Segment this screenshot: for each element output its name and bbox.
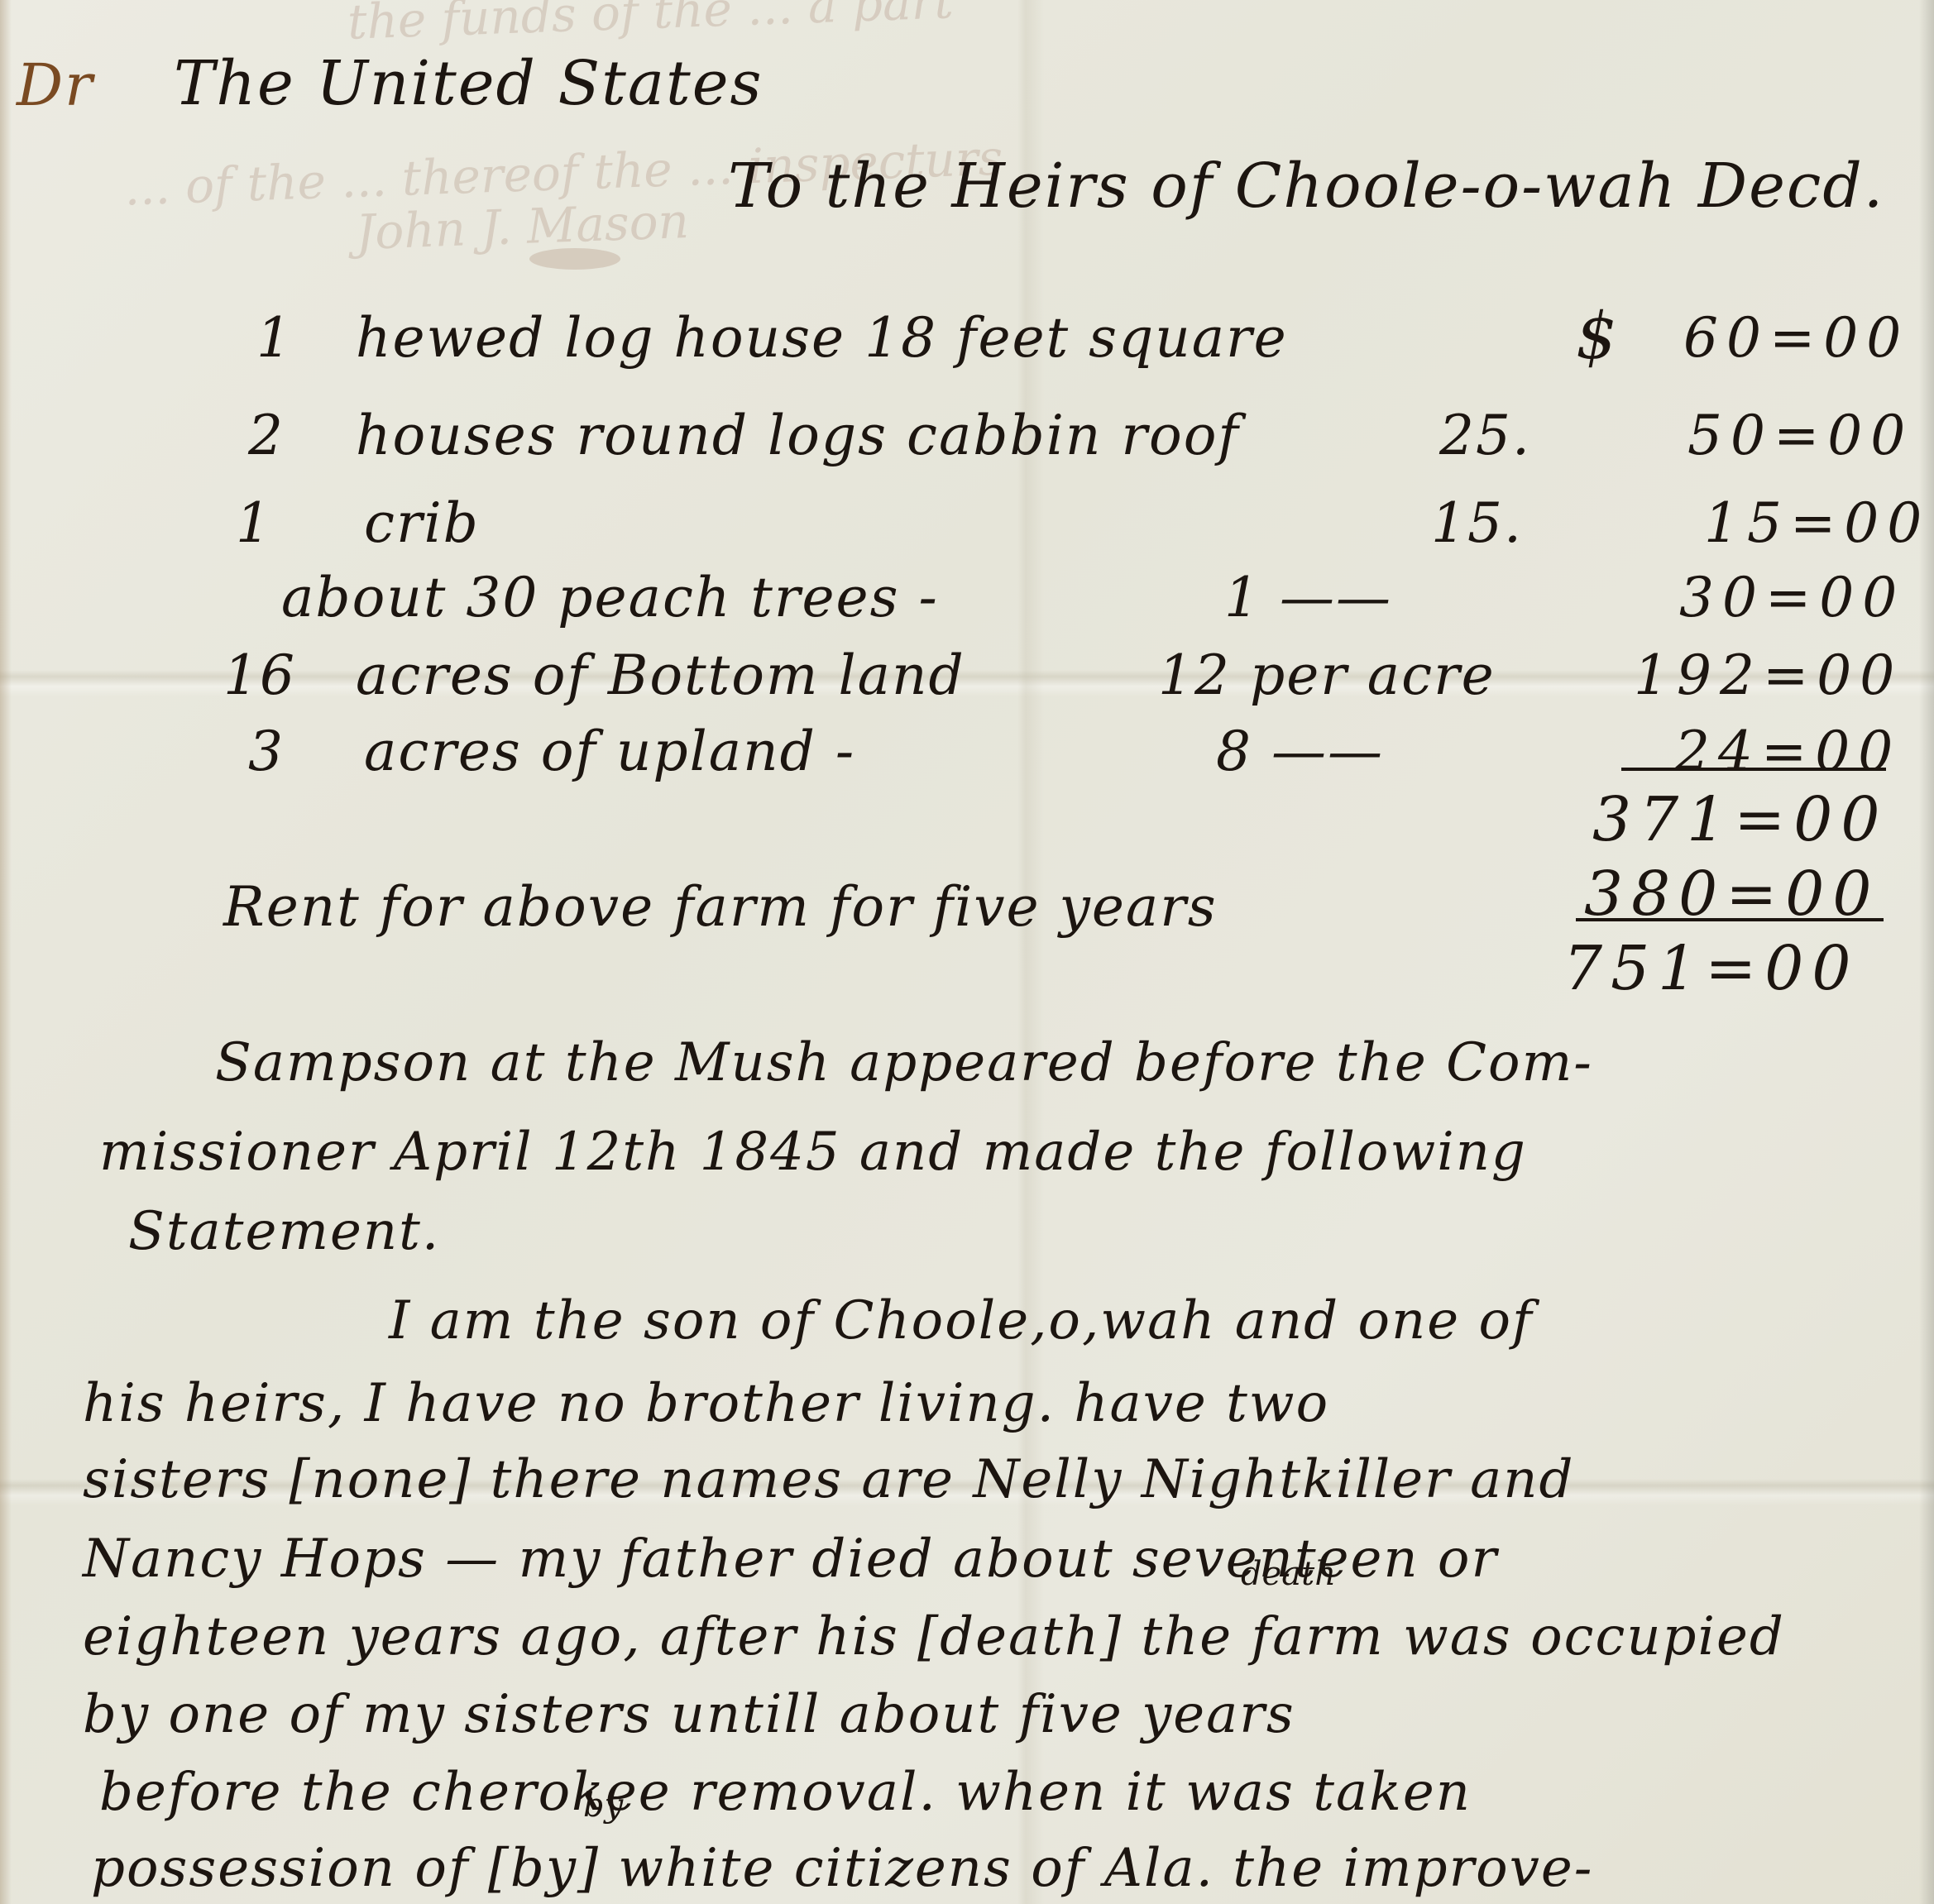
item-rate: 15.	[1431, 491, 1523, 555]
paper-edge-left	[0, 0, 12, 1904]
insertion-death: death	[1241, 1555, 1336, 1593]
insertion-by: by	[583, 1787, 623, 1825]
item-rate: 1 ——	[1224, 566, 1392, 629]
item-qty: 1	[236, 491, 272, 555]
item-amount: 192=00	[1634, 643, 1903, 707]
item-amount: 15=00	[1704, 491, 1930, 555]
dollar-sign-icon: $	[1576, 299, 1619, 374]
testimony-line: sisters [none] there names are Nelly Nig…	[83, 1449, 1574, 1510]
item-description: acres of upland -	[364, 720, 855, 783]
item-description: acres of Bottom land	[356, 643, 965, 707]
item-amount: 30=00	[1679, 566, 1905, 629]
item-rate: 12 per acre	[1158, 643, 1496, 707]
testimony-line: by one of my sisters untill about five y…	[83, 1684, 1295, 1745]
item-rate: 25.	[1439, 404, 1531, 467]
subtotal-rule	[1621, 768, 1886, 771]
testimony-line: his heirs, I have no brother living. hav…	[83, 1373, 1329, 1434]
item-description: about 30 peach trees -	[281, 566, 939, 629]
creditor-heading: To the Heirs of Choole-o-wah Decd.	[728, 151, 1884, 222]
item-description: crib	[364, 491, 480, 555]
item-description: houses round logs cabbin roof	[356, 404, 1240, 467]
bleed-through-signature: John J. Mason	[355, 193, 690, 261]
item-qty: 16	[223, 643, 296, 707]
testimony-line: eighteen years ago, after his [death] th…	[83, 1606, 1785, 1667]
item-qty: 1	[256, 306, 293, 370]
total-rule	[1576, 918, 1884, 921]
testimony-line: before the cherokee removal. when it was…	[99, 1762, 1472, 1823]
statement-line: Sampson at the Mush appeared before the …	[215, 1032, 1593, 1093]
debtor-heading: The United States	[174, 48, 764, 119]
total-amount: 751=00	[1563, 933, 1859, 1004]
item-amount: 50=00	[1687, 404, 1913, 467]
item-amount: 60=00	[1683, 306, 1909, 370]
item-rate: 8 ——	[1216, 720, 1384, 783]
rent-description: Rent for above farm for five years	[223, 875, 1218, 939]
document-page: the funds of the ... a part ... of the .…	[0, 0, 1934, 1904]
bleed-through-text: the funds of the ... a part	[347, 0, 955, 50]
item-qty: 3	[248, 720, 285, 783]
testimony-line: possession of [by] white citizens of Ala…	[91, 1838, 1593, 1899]
statement-line: missioner April 12th 1845 and made the f…	[99, 1122, 1527, 1183]
testimony-line: I am the son of Choole,o,wah and one of	[389, 1290, 1534, 1351]
item-amount: 24=00	[1675, 720, 1901, 783]
subtotal-amount: 371=00	[1592, 784, 1888, 855]
margin-note-dr: Dr	[17, 51, 94, 119]
item-description: hewed log house 18 feet square	[356, 306, 1288, 370]
paper-edge-right	[1919, 0, 1934, 1904]
item-qty: 2	[248, 404, 285, 467]
wax-seal-mark	[529, 248, 620, 270]
statement-line: Statement.	[128, 1201, 440, 1262]
